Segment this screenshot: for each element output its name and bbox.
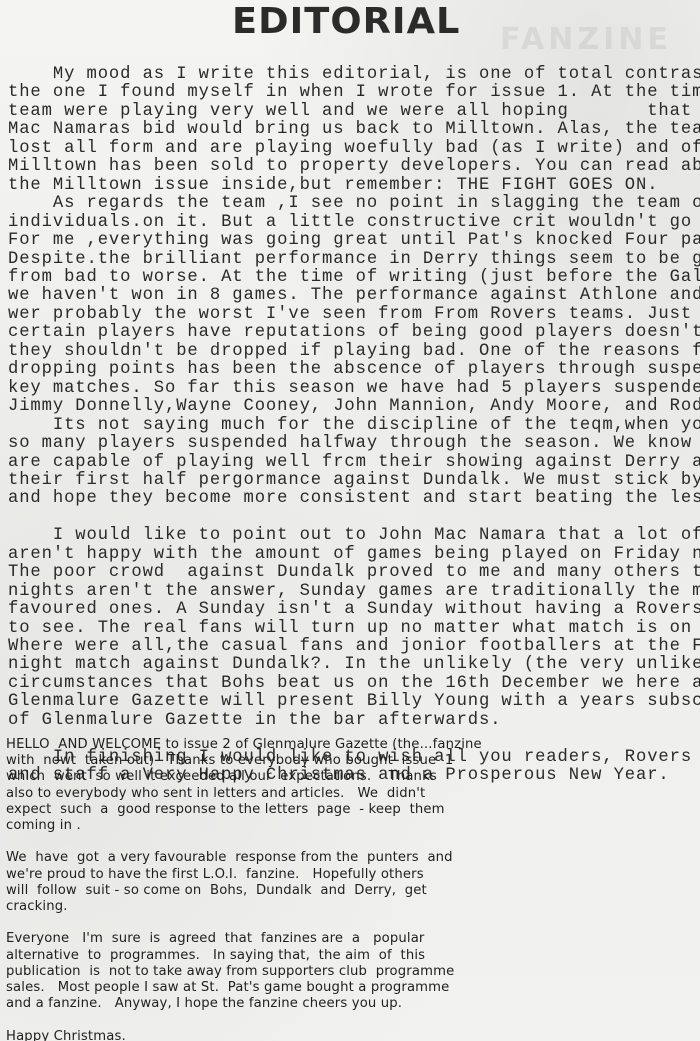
text-line: we're proud to have the first L.O.I. fan…: [6, 867, 482, 883]
text-line: certain players have reputations of bein…: [8, 324, 700, 342]
text-line: also to everybody who sent in letters an…: [6, 786, 482, 802]
text-line: Everyone I'm sure is agreed that fanzine…: [6, 931, 482, 947]
text-line: cracking.: [6, 899, 482, 915]
editorial-body: My mood as I write this editorial, is on…: [8, 66, 700, 786]
text-line: Its not saying much for the discipline o…: [8, 417, 700, 435]
paragraph-gap: [8, 509, 700, 527]
paragraph-gap: [6, 915, 482, 931]
text-line: from bad to worse. At the time of writin…: [8, 269, 700, 287]
text-line: to see. The real fans will turn up no ma…: [8, 620, 700, 638]
text-line: will follow suit - so come on Bohs, Dund…: [6, 883, 482, 899]
text-line: HELLO AND WELCOME to issue 2 of Glenmalu…: [6, 737, 482, 753]
paragraph: We have got a very favourable response f…: [6, 850, 482, 915]
text-line: of Glenmalure Gazette in the bar afterwa…: [8, 712, 700, 730]
text-line: Jimmy Donnelly,Wayne Cooney, John Mannio…: [8, 398, 700, 416]
page-title: EDITORIAL: [232, 2, 460, 42]
paragraph-gap: [6, 1012, 482, 1028]
text-line: We have got a very favourable response f…: [6, 850, 482, 866]
text-line: key matches. So far this season we have …: [8, 380, 700, 398]
text-line: they shouldn't be dropped if playing bad…: [8, 343, 700, 361]
text-line: My mood as I write this editorial, is on…: [8, 66, 700, 84]
text-line: I would like to point out to John Mac Na…: [8, 527, 700, 545]
text-line: For me ,everything was going great until…: [8, 232, 700, 250]
paragraph: I would like to point out to John Mac Na…: [8, 527, 700, 730]
text-line: are capable of playing well frcm their s…: [8, 454, 700, 472]
text-line: dropping points has been the abscence of…: [8, 361, 700, 379]
text-line: their first half pergormance against Dun…: [8, 472, 700, 490]
text-line: Milltown has been sold to property devel…: [8, 158, 700, 176]
text-line: team were playing very well and we were …: [8, 103, 700, 121]
text-line: and hope they become more consistent and…: [8, 490, 700, 508]
text-line: expect such a good response to the lette…: [6, 802, 482, 818]
text-line: with nowt taken out) Thanks to everybody…: [6, 753, 482, 769]
text-line: Glenmalure Gazette will present Billy Yo…: [8, 693, 700, 711]
paragraph: HELLO AND WELCOME to issue 2 of Glenmalu…: [6, 737, 482, 834]
text-line: the one I found myself in when I wrote f…: [8, 84, 700, 102]
paragraph: Everyone I'm sure is agreed that fanzine…: [6, 931, 482, 1012]
text-line: coming in .: [6, 818, 482, 834]
text-line: publication is not to take away from sup…: [6, 964, 482, 980]
text-line: we haven't won in 8 games. The performan…: [8, 287, 700, 305]
text-line: wer probably the worst I've seen from Fr…: [8, 306, 700, 324]
welcome-note: HELLO AND WELCOME to issue 2 of Glenmalu…: [6, 737, 482, 1041]
paragraph: My mood as I write this editorial, is on…: [8, 66, 700, 509]
text-line: aren't happy with the amount of games be…: [8, 546, 700, 564]
text-line: circumstances that Bohs beat us on the 1…: [8, 675, 700, 693]
text-line: Happy Christmas.: [6, 1029, 482, 1041]
text-line: favoured ones. A Sunday isn't a Sunday w…: [8, 601, 700, 619]
text-line: Mac Namaras bid would bring us back to M…: [8, 121, 700, 139]
paragraph-gap: [6, 834, 482, 850]
text-line: Where were all,the casual fans and jonio…: [8, 638, 700, 656]
text-line: nights aren't the answer, Sunday games a…: [8, 583, 700, 601]
text-line: so many players suspended halfway throug…: [8, 435, 700, 453]
text-line: which went so well it exceeded all our e…: [6, 769, 482, 785]
text-line: individuals.on it. But a little construc…: [8, 214, 700, 232]
text-line: night match against Dundalk?. In the unl…: [8, 656, 700, 674]
text-line: lost all form and are playing woefully b…: [8, 140, 700, 158]
text-line: sales. Most people I saw at St. Pat's ga…: [6, 980, 482, 996]
text-line: As regards the team ,I see no point in s…: [8, 195, 700, 213]
text-line: The poor crowd against Dundalk proved to…: [8, 564, 700, 582]
text-line: the Milltown issue inside,but remember: …: [8, 177, 700, 195]
text-line: and a fanzine. Anyway, I hope the fanzin…: [6, 996, 482, 1012]
text-line: alternative to programmes. In saying tha…: [6, 948, 482, 964]
paragraph: Happy Christmas.: [6, 1029, 482, 1041]
text-line: Despite.the brilliant performance in Der…: [8, 251, 700, 269]
